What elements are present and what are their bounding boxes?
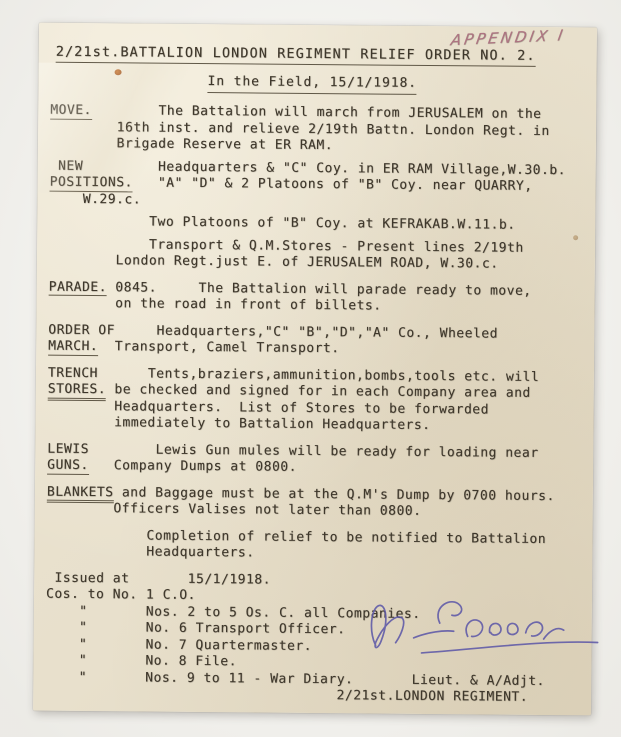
typed-text: be checked and signed for in each Compan… — [106, 382, 531, 401]
signature-handwritten — [355, 590, 601, 672]
typed-text: " No. 6 Transport Officer. — [46, 620, 346, 638]
typed-text: Company Dumps at 0800. — [89, 458, 297, 475]
typed-text: Cos. to No. 1 C.O. — [46, 587, 196, 603]
typed-line: immediately to Battalion Headquarters. — [47, 415, 593, 436]
typed-line: Two Platoons of "B" Coy. at KEFRAKAB.W.1… — [49, 214, 595, 235]
typed-text: London Regt.just E. of JERUSALEM ROAD, W… — [49, 253, 499, 272]
typed-text: on the road in front of billets. — [48, 296, 381, 314]
typed-text: 2/21st.LONDON REGIMENT. — [45, 686, 528, 705]
document-page: APPENDIX I 2/21st.BATTALION LONDON REGIM… — [33, 23, 597, 716]
section-label: PARADE. — [49, 279, 107, 296]
typed-text: Issued at 15/1/1918. — [46, 570, 271, 587]
typed-line: MARCH. Transport, Camel Transport. — [48, 339, 594, 360]
typed-text: W.29.c. — [49, 191, 141, 207]
document-dateline: In the Field, 15/1/1918. — [207, 73, 417, 95]
section-label: GUNS. — [47, 458, 89, 475]
dateline-row: In the Field, 15/1/1918. — [207, 70, 596, 96]
typed-text: " No. 8 File. — [45, 653, 237, 670]
typed-text: Officers Valises not later than 0800. — [47, 501, 422, 519]
photo-background: APPENDIX I 2/21st.BATTALION LONDON REGIM… — [0, 0, 621, 737]
typed-text: Brigade Reserve at ER RAM. — [50, 136, 333, 153]
typed-line: 2/21st.LONDON REGIMENT. — [45, 686, 591, 707]
typed-text: "A" "D" & 2 Platoons of "B" Coy. near QU… — [133, 175, 533, 193]
typed-text: Two Platoons of "B" Coy. at KEFRAKAB.W.1… — [49, 214, 515, 233]
rust-spot — [115, 69, 122, 75]
section-label: POSITIONS. — [50, 175, 133, 192]
typed-text: " No. 7 Quartermaster. — [46, 636, 313, 653]
section-label: MARCH. — [48, 339, 98, 356]
typed-text: The Battalion will march from JERUSALEM … — [92, 103, 542, 122]
typed-text: and Baggage must be at the Q.M's Dump by… — [113, 485, 554, 504]
typed-text: Headquarters. — [46, 544, 254, 561]
typed-text: 0845. The Battalion will parade ready to… — [107, 280, 532, 299]
typed-text: Transport, Camel Transport. — [98, 339, 340, 356]
typed-text: Headquarters. List of Stores to be forwa… — [48, 398, 489, 417]
typed-text: immediately to Battalion Headquarters. — [47, 415, 430, 433]
section-label: MOVE. — [50, 103, 92, 120]
typed-text: ORDER OF Headquarters,"C" "B","D","A" Co… — [48, 322, 498, 341]
